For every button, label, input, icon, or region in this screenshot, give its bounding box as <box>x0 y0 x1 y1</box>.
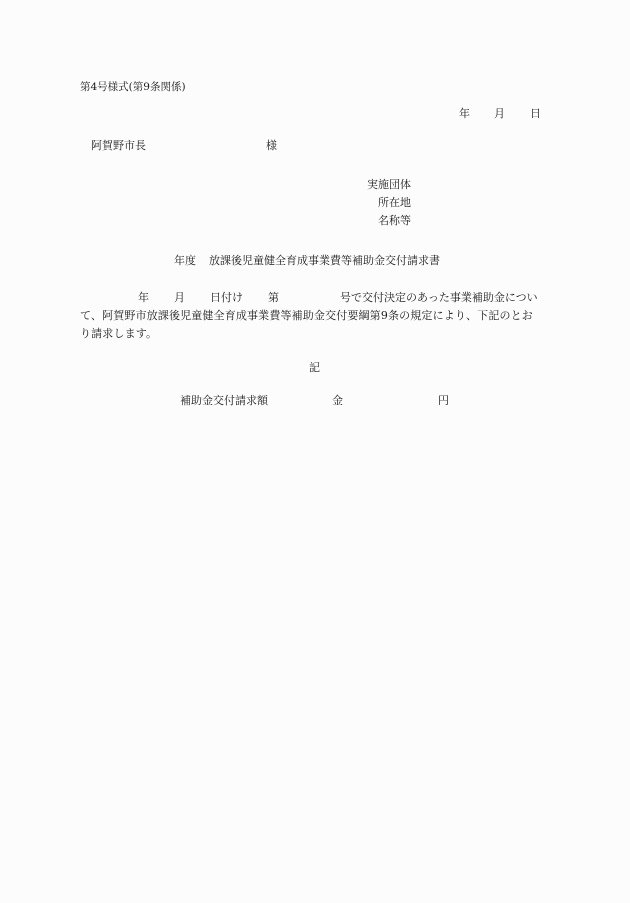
body-number-prefix: 第 <box>268 292 279 303</box>
fiscal-year-label: 年度 <box>174 255 196 266</box>
body-row-2: て、阿賀野市放課後児童健全育成事業費等補助金交付要綱第9条の規定により、下記のと… <box>80 310 560 328</box>
amount-line: 補助金交付請求額 金 円 <box>0 395 630 409</box>
title-text: 放課後児童健全育成事業費等補助金交付請求書 <box>209 255 440 266</box>
addressee-name: 阿賀野市長 <box>91 140 146 151</box>
addressee: 阿賀野市長 様 <box>0 140 630 154</box>
document-title: 年度 放課後児童健全育成事業費等補助金交付請求書 <box>0 255 630 269</box>
amount-prefix: 金 <box>332 395 343 406</box>
addressee-honorific: 様 <box>266 140 277 151</box>
body-row-1-rest: 号で交付決定のあった事業補助金につい <box>340 292 538 303</box>
amount-label: 補助金交付請求額 <box>180 395 268 406</box>
date-line: 年 月 日 <box>0 108 630 122</box>
body-paragraph: 年 月 日付け 第 号で交付決定のあった事業補助金につい て、阿賀野市放課後児童… <box>80 292 560 346</box>
body-row-1: 年 月 日付け 第 号で交付決定のあった事業補助金につい <box>80 292 560 310</box>
applicant-organization-label: 実施団体 <box>367 179 411 190</box>
ki-heading: 記 <box>309 362 320 373</box>
applicant-address-label: 所在地 <box>378 197 411 208</box>
body-year: 年 <box>138 292 149 303</box>
amount-unit: 円 <box>438 395 449 406</box>
body-row-3: り請求します。 <box>80 328 560 346</box>
date-month: 月 <box>494 108 505 119</box>
date-year: 年 <box>459 108 470 119</box>
body-month: 月 <box>174 292 185 303</box>
applicant-name-label: 名称等 <box>378 215 411 226</box>
body-date-suffix: 日付け <box>210 292 243 303</box>
form-number-label: 第4号様式(第9条関係) <box>80 82 186 93</box>
date-day: 日 <box>530 108 541 119</box>
